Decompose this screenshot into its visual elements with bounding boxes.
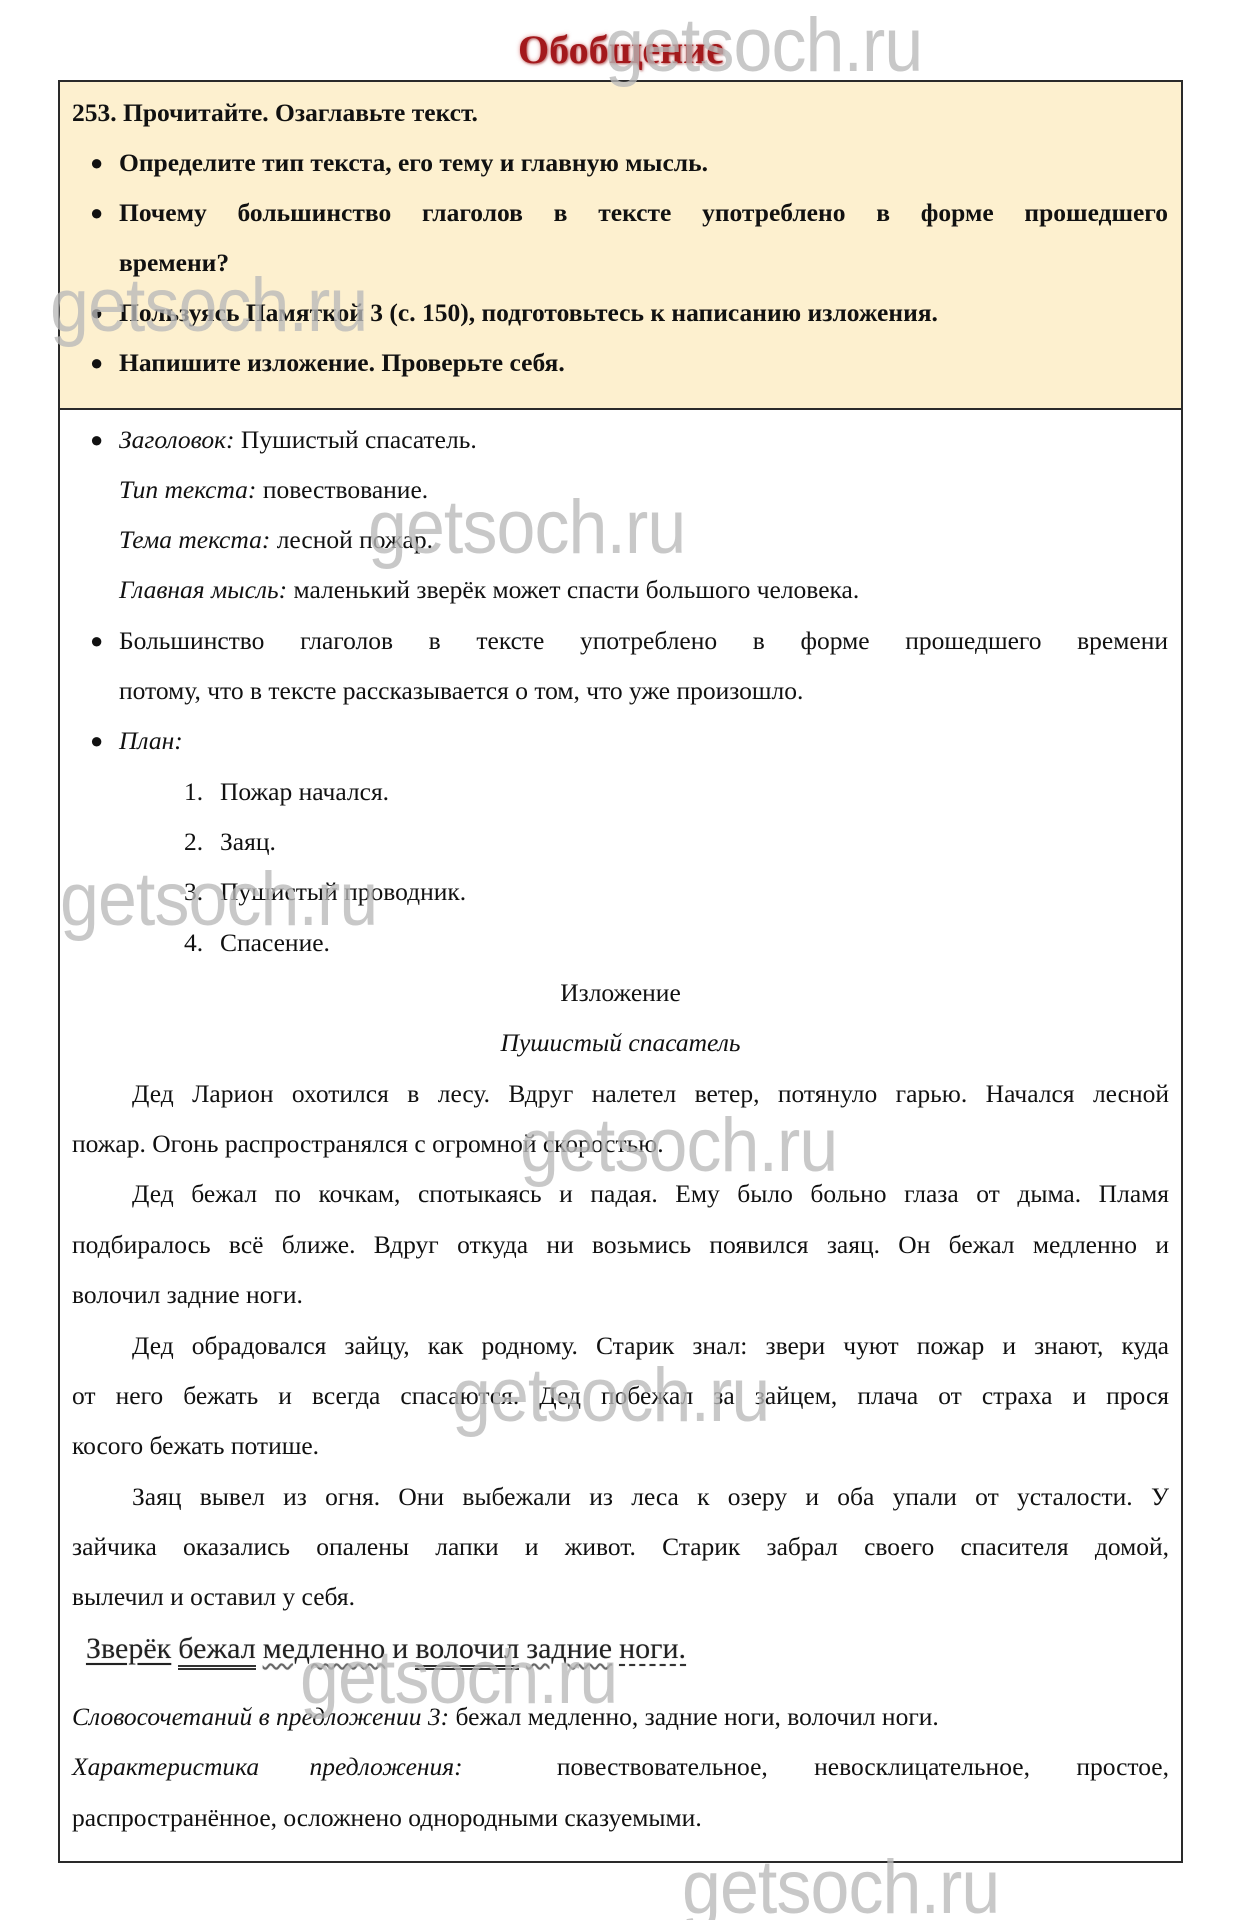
fact-label: Заголовок:: [119, 425, 235, 454]
sentence-word-adverbial: медленно: [263, 1632, 386, 1665]
fact-value: повествование.: [256, 475, 428, 504]
essay-line: Заяц вывел из огня. Они выбежали из леса…: [132, 1482, 1169, 1512]
task-bullet: Определите тип текста, его тему и главну…: [119, 148, 708, 178]
phrases-line: Словосочетаний в предложении 3: бежал ме…: [72, 1702, 939, 1732]
section-title: Обобщение: [0, 26, 1242, 73]
fact-label: Главная мысль:: [119, 575, 287, 604]
fact-value: маленький зверёк может спасти большого ч…: [287, 575, 859, 604]
essay-line: пожар. Огонь распространялся с огромной …: [72, 1129, 664, 1159]
fact-type: Тип текста: повествование.: [119, 475, 428, 505]
bullet-icon: ●: [90, 726, 103, 756]
sentence-word-predicate: волочил: [415, 1632, 519, 1670]
essay-line: Дед обрадовался зайцу, как родному. Стар…: [132, 1331, 1169, 1361]
essay-line: подбиралось всё ближе. Вдруг откуда ни в…: [72, 1230, 1169, 1260]
bullet-icon: ●: [90, 148, 103, 178]
task-block: 253. Прочитайте. Озаглавьте текст. ● Опр…: [60, 82, 1181, 410]
fact-label: Тип текста:: [119, 475, 256, 504]
sentence-word-attribute: задние: [526, 1632, 612, 1665]
characteristic-line: Характеристика предложения: повествовате…: [72, 1752, 1169, 1782]
plan-label: План:: [119, 726, 183, 756]
plan-number: 3.: [184, 877, 203, 907]
exercise-frame: 253. Прочитайте. Озаглавьте текст. ● Опр…: [58, 80, 1183, 1863]
tense-explanation-continuation: потому, что в тексте рассказывается о то…: [119, 676, 803, 706]
essay-line: от него бежать и всегда спасаются. Дед п…: [72, 1381, 1169, 1411]
bullet-icon: ●: [90, 298, 103, 328]
essay-title: Пушистый спасатель: [60, 1028, 1181, 1058]
plan-item: Заяц.: [220, 827, 276, 857]
plan-item: Спасение.: [220, 928, 330, 958]
essay-line: Дед бежал по кочкам, спотыкаясь и падая.…: [132, 1179, 1169, 1209]
fact-value: Пушистый спасатель.: [235, 425, 477, 454]
fact-value: лесной пожар.: [270, 525, 433, 554]
bullet-icon: ●: [90, 198, 103, 228]
phrases-label: Словосочетаний в предложении 3:: [72, 1702, 449, 1731]
plan-item: Пожар начался.: [220, 777, 389, 807]
bullet-icon: ●: [90, 626, 103, 656]
essay-line: волочил задние ноги.: [72, 1280, 303, 1310]
sentence-word-predicate: бежал: [178, 1632, 255, 1670]
parsed-sentence: Зверёкбежалмедленноиволочилзадниеноги.: [86, 1631, 693, 1667]
task-bullet-continuation: времени?: [119, 248, 229, 278]
plan-number: 2.: [184, 827, 203, 857]
sentence-word-conjunction: и: [392, 1632, 408, 1665]
essay-line: вылечил и оставил у себя.: [72, 1582, 355, 1612]
essay-line: Дед Ларион охотился в лесу. Вдруг налете…: [132, 1079, 1169, 1109]
characteristic-label: Характеристика предложения:: [72, 1752, 463, 1782]
essay-line: зайчика оказались опалены лапки и живот.…: [72, 1532, 1169, 1562]
plan-item: Пушистый проводник.: [220, 877, 466, 907]
sentence-word-object: ноги.: [619, 1632, 686, 1665]
characteristic-continuation: распространённое, осложнено однородными …: [72, 1803, 702, 1833]
fact-title: Заголовок: Пушистый спасатель.: [119, 425, 477, 455]
task-bullet: Почему большинство глаголов в тексте упо…: [119, 198, 1168, 228]
tense-explanation: Большинство глаголов в тексте употреблен…: [119, 626, 1168, 656]
sentence-word-subject: Зверёк: [86, 1632, 171, 1665]
plan-number: 4.: [184, 928, 203, 958]
essay-heading: Изложение: [60, 978, 1181, 1008]
fact-theme: Тема текста: лесной пожар.: [119, 525, 433, 555]
essay-line: косого бежать потише.: [72, 1431, 319, 1461]
characteristic-value: повествовательное, невосклицательное, пр…: [557, 1752, 1169, 1782]
task-heading: 253. Прочитайте. Озаглавьте текст.: [72, 98, 478, 128]
task-bullet: Пользуясь Памяткой 3 (с. 150), подготовь…: [119, 298, 938, 328]
phrases-value: бежал медленно, задние ноги, волочил ног…: [449, 1702, 939, 1731]
fact-main-idea: Главная мысль: маленький зверёк может сп…: [119, 575, 859, 605]
task-bullet: Напишите изложение. Проверьте себя.: [119, 348, 565, 378]
fact-label: Тема текста:: [119, 525, 270, 554]
bullet-icon: ●: [90, 425, 103, 455]
plan-number: 1.: [184, 777, 203, 807]
bullet-icon: ●: [90, 348, 103, 378]
